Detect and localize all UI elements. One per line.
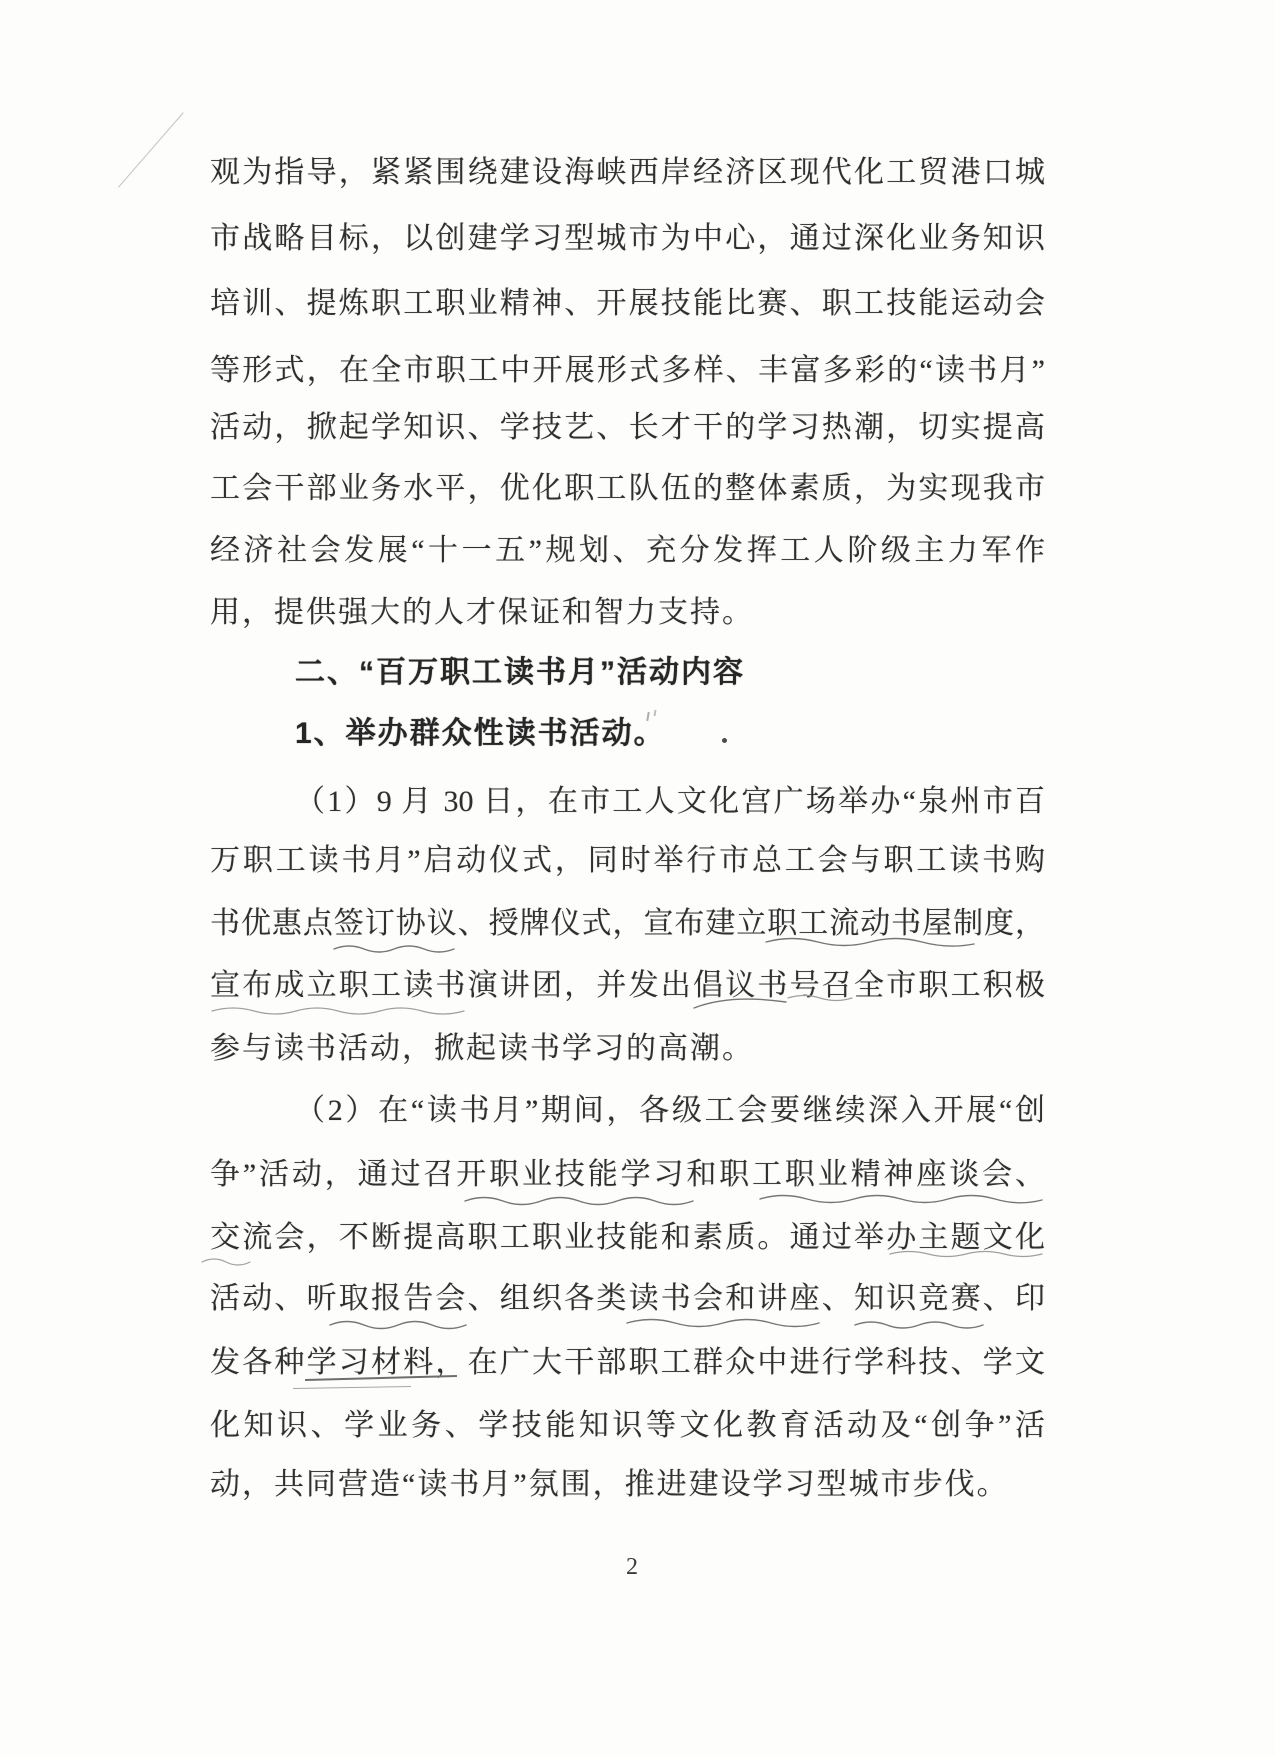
wavy-underline-annotation — [766, 936, 978, 948]
text-line: 等形式，在全市职工中开展形式多样、丰富多彩的“读书月” — [210, 350, 1045, 392]
text-line: 观为指导，紧紧围绕建设海峡西岸经济区现代化工贸港口城 — [210, 152, 1045, 194]
text-line: （2）在“读书月”期间，各级工会要继续深入开展“创 — [210, 1090, 1045, 1132]
wavy-underline-annotation — [465, 1194, 695, 1206]
section-heading: 二、“百万职工读书月”活动内容 — [210, 652, 1045, 694]
page-number: 2 — [626, 1554, 638, 1581]
wavy-underline-annotation — [330, 1318, 470, 1330]
text-line: 争”活动，通过召开职业技能学习和职工职业精神座谈会、 — [210, 1154, 1045, 1196]
wavy-underline-annotation — [212, 1004, 468, 1016]
text-line: 经济社会发展“十一五”规划、充分发挥工人阶级主力军作 — [210, 530, 1045, 572]
wavy-underline-annotation — [890, 1248, 1045, 1258]
wavy-underline-annotation — [334, 942, 460, 954]
scanned-document-page: 观为指导，紧紧围绕建设海峡西岸经济区现代化工贸港口城 市战略目标，以创建学习型城… — [0, 0, 1275, 1755]
scan-mark — [118, 112, 184, 187]
text-line: 参与读书活动，掀起读书学习的高潮。 — [210, 1028, 1045, 1070]
text-line: （1）9 月 30 日，在市工人文化宫广场举办“泉州市百 — [210, 781, 1045, 823]
text-line: 培训、提炼职工职业精神、开展技能比赛、职工技能运动会 — [210, 283, 1045, 325]
text-line: 宣布成立职工读书演讲团，并发出倡议书号召全市职工积极 — [210, 965, 1045, 1007]
sub-heading: 1、举办群众性读书活动。 — [210, 713, 1045, 755]
text-line: 工会干部业务水平，优化职工队伍的整体素质，为实现我市 — [210, 468, 1045, 510]
wavy-underline-annotation — [627, 1316, 823, 1328]
text-line: 动，共同营造“读书月”氛围，推进建设学习型城市步伐。 — [210, 1464, 1045, 1506]
text-line: 活动，掀起学知识、学技艺、长才干的学习热潮，切实提高 — [210, 407, 1045, 449]
text-line: 用，提供强大的人才保证和智力支持。 — [210, 592, 1045, 634]
ink-dot-mark — [722, 738, 727, 743]
pen-underline-annotation — [293, 1386, 411, 1389]
wavy-underline-annotation — [202, 1256, 250, 1266]
wavy-underline-annotation — [855, 1318, 985, 1330]
text-line: 市战略目标，以创建学习型城市为中心，通过深化业务知识 — [210, 218, 1045, 260]
text-line: 万职工读书月”启动仪式，同时举行市总工会与职工读书购 — [210, 840, 1045, 882]
text-line: 活动、听取报告会、组织各类读书会和讲座、知识竞赛、印 — [210, 1278, 1045, 1320]
wavy-underline-annotation — [788, 992, 852, 1002]
text-line: 化知识、学业务、学技能知识等文化教育活动及“创争”活 — [210, 1405, 1045, 1447]
wavy-underline-annotation — [760, 1192, 1045, 1204]
curve-underline-annotation — [692, 994, 788, 1010]
